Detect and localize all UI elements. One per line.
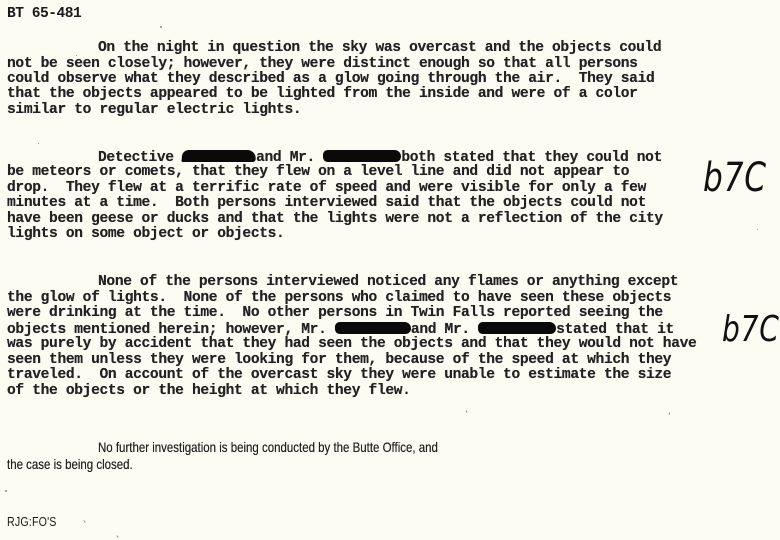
- document-page: BT 65-481 On the night in question the s…: [0, 0, 780, 540]
- handwritten-note-b7c: b7C: [722, 310, 780, 350]
- paragraph-2-line: be meteors or comets, that they flew on …: [7, 165, 629, 180]
- paragraph-3-line: were drinking at the time. No other pers…: [7, 306, 663, 321]
- paper-speck: [669, 412, 670, 415]
- paragraph-4-line: the case is being closed.: [7, 457, 133, 472]
- paragraph-3-line: the glow of lights. None of the persons …: [7, 291, 671, 306]
- paper-speck: [116, 535, 119, 538]
- paragraph-4-line: No further investigation is being conduc…: [98, 440, 438, 455]
- paper-speck: [160, 26, 162, 28]
- paragraph-3-line: traveled. On account of the overcast sky…: [7, 368, 671, 383]
- redaction-block: [478, 322, 556, 334]
- paragraph-1-line: similar to regular electric lights.: [7, 103, 301, 118]
- file-number: BT 65-481: [7, 7, 81, 22]
- redaction-block: [181, 150, 256, 162]
- paragraph-1-line: On the night in question the sky was ove…: [98, 41, 661, 56]
- paragraph-2-line: lights on some object or objects.: [7, 227, 284, 242]
- paragraph-2-line: minutes at a time. Both persons intervie…: [7, 196, 646, 211]
- paragraph-1-line: that the objects appeared to be lighted …: [7, 87, 638, 102]
- paper-speck: [757, 229, 758, 230]
- paragraph-2-line: have been geese or ducks and that the li…: [7, 212, 663, 227]
- paragraph-1-line: not be seen closely; however, they were …: [7, 57, 638, 72]
- redaction-block: [335, 322, 411, 334]
- paragraph-3-line: of the objects or the height at which th…: [7, 384, 411, 399]
- paper-speck: [76, 55, 77, 56]
- paper-speck: [38, 143, 39, 144]
- paper-speck: [83, 520, 86, 523]
- redaction-block: [323, 150, 401, 162]
- footer-initials: RJG:FO'S: [7, 514, 57, 529]
- paper-speck: [466, 410, 467, 413]
- paragraph-3-line: None of the persons interviewed noticed …: [98, 275, 678, 290]
- handwritten-note-b7c: b7C: [703, 156, 767, 200]
- paragraph-1-line: could observe what they described as a g…: [7, 72, 654, 87]
- paragraph-3-line: seen them unless they were looking for t…: [7, 353, 671, 368]
- paper-speck: [5, 490, 7, 492]
- paragraph-2-line: drop. They flew at a terrific rate of sp…: [7, 181, 646, 196]
- paragraph-3-line: was purely by accident that they had see…: [7, 337, 696, 352]
